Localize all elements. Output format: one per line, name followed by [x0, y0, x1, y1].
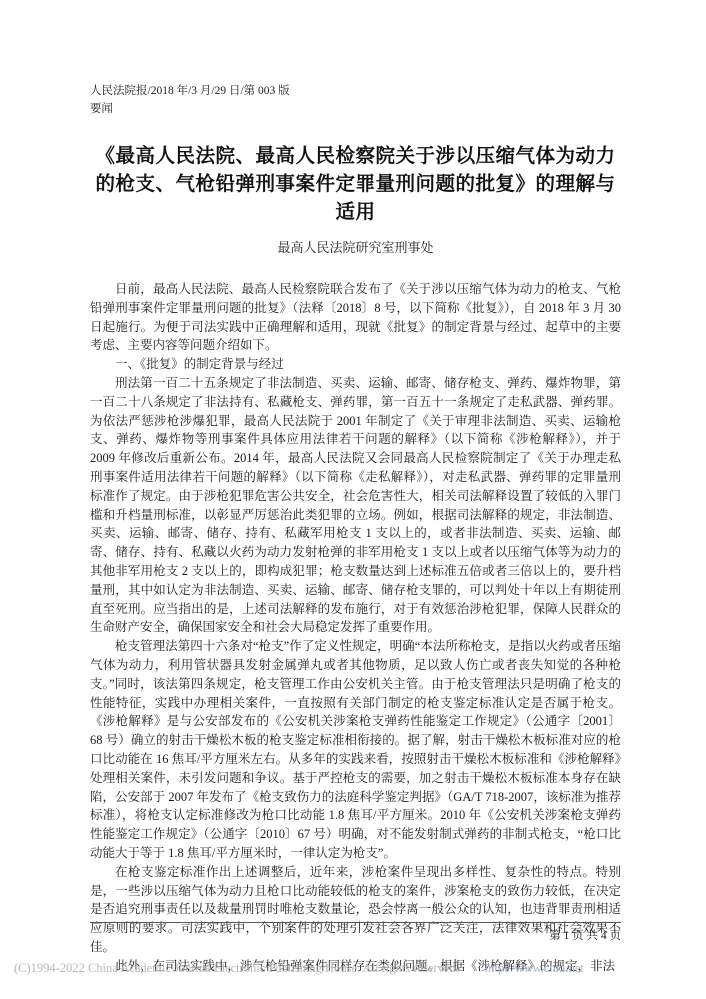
source-line: 人民法院报/2018 年/3 月/29 日/第 003 版: [90, 82, 621, 100]
page-indicator: 第 1 页 共 4 页: [90, 927, 621, 943]
copyright-url: http://www.cnki.net: [485, 961, 584, 975]
paragraph: 枪支管理法第四十六条对“枪支”作了定义性规定，明确“本法所称枪支，是指以火药或者…: [90, 637, 621, 863]
footer-divider: [90, 922, 621, 923]
section-heading: 一、《批复》的制定背景与经过: [90, 355, 621, 374]
document-page: 人民法院报/2018 年/3 月/29 日/第 003 版 要闻 《最高人民法院…: [0, 0, 706, 999]
copyright-notice: (C)1994-2022 China Academic Journal Elec…: [14, 961, 694, 976]
document-header: 人民法院报/2018 年/3 月/29 日/第 003 版 要闻: [90, 82, 621, 118]
paragraph-intro: 日前，最高人民法院、最高人民检察院联合发布了《关于涉以压缩气体为动力的枪支、气枪…: [90, 280, 621, 355]
document-content: 人民法院报/2018 年/3 月/29 日/第 003 版 要闻 《最高人民法院…: [90, 82, 621, 975]
paragraph: 刑法第一百二十五条规定了非法制造、买卖、运输、邮寄、储存枪支、弹药、爆炸物罪，第…: [90, 374, 621, 637]
document-body: 日前，最高人民法院、最高人民检察院联合发布了《关于涉以压缩气体为动力的枪支、气枪…: [90, 280, 621, 975]
copyright-text: (C)1994-2022 China Academic Journal Elec…: [14, 961, 459, 975]
byline: 最高人民法院研究室刑事处: [90, 238, 621, 257]
section-label: 要闻: [90, 100, 621, 118]
document-title: 《最高人民法院、最高人民检察院关于涉以压缩气体为动力的枪支、气枪铅弹刑事案件定罪…: [90, 143, 621, 227]
